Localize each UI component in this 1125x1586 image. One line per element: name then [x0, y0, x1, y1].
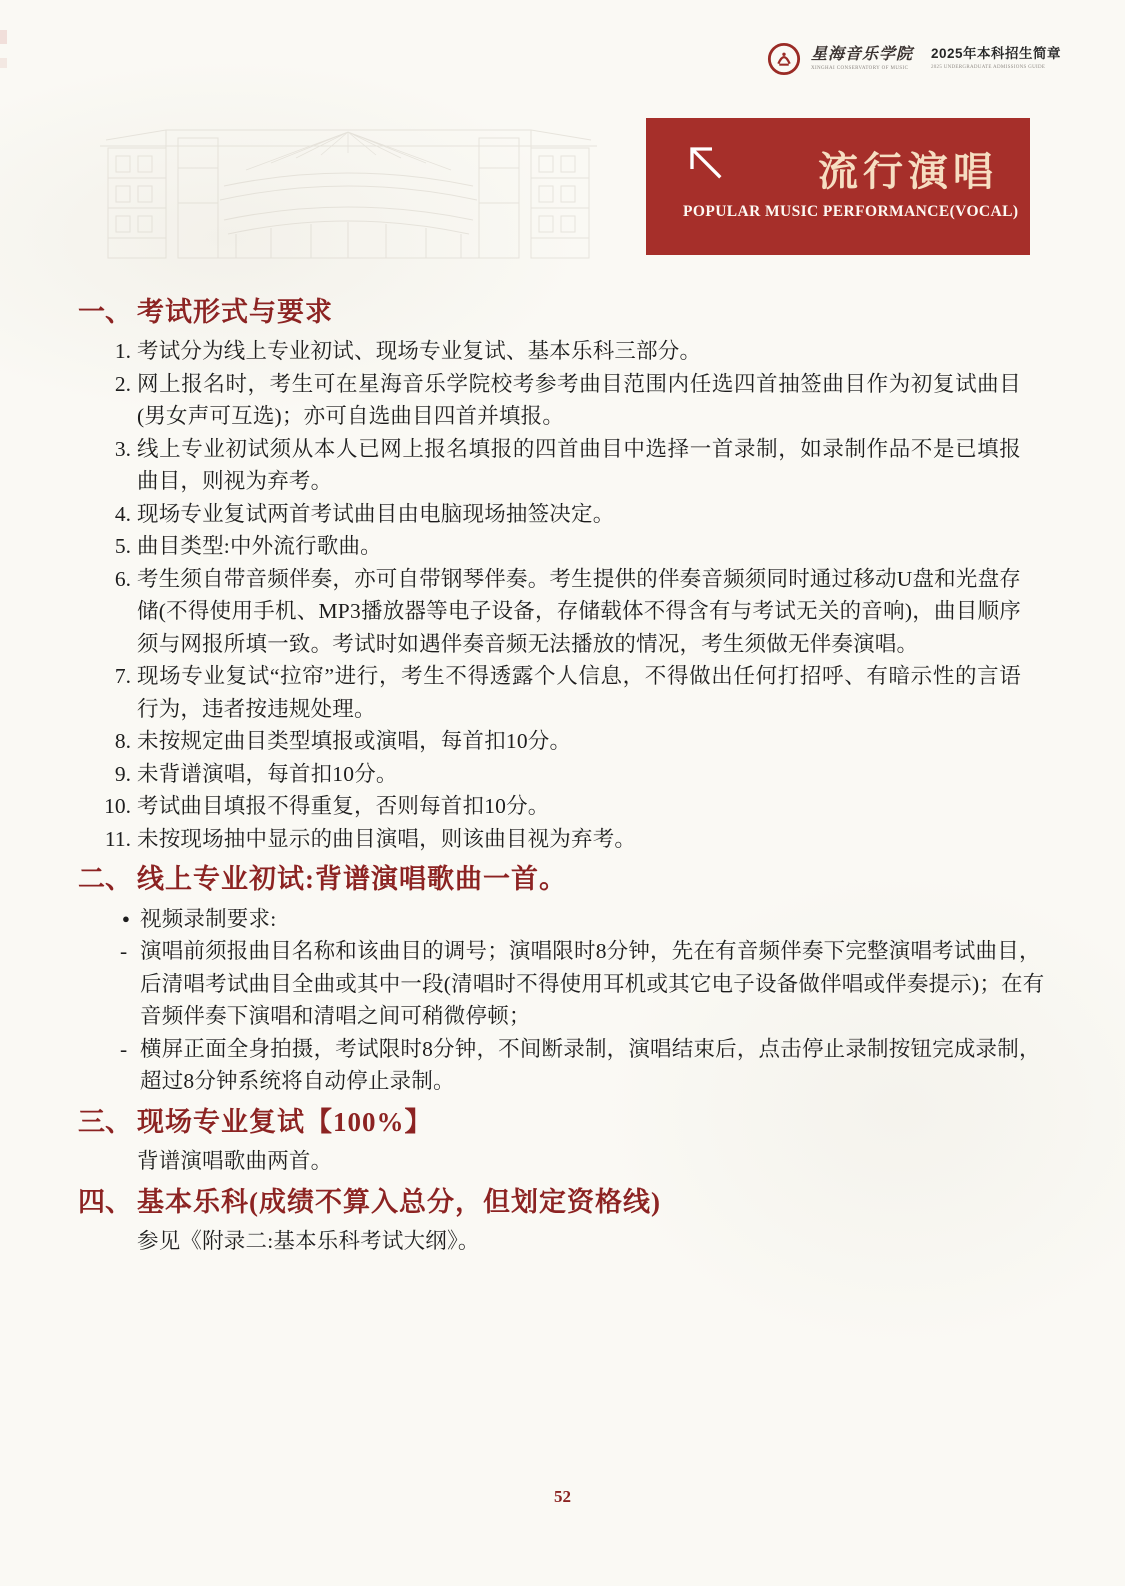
- section-index: 三、: [78, 1106, 137, 1138]
- list-item: 2. 网上报名时，考生可在星海音乐学院校考参考曲目范围内任选四首抽签曲目作为初复…: [78, 368, 1047, 433]
- section-index: 二、: [78, 863, 137, 895]
- item-number: 8.: [78, 725, 131, 758]
- arrow-up-left-icon: [682, 139, 732, 189]
- logo-english: XINGHAI CONSERVATORY OF MUSIC: [811, 66, 913, 71]
- xinghai-seal-icon: [767, 42, 801, 76]
- item-number: 9.: [78, 758, 131, 791]
- exam-requirements-list: 1. 考试分为线上专业初试、现场专业复试、基本乐科三部分。 2. 网上报名时，考…: [78, 335, 1047, 855]
- section-4-heading: 四、 基本乐科(成绩不算入总分，但划定资格线): [78, 1186, 1047, 1218]
- item-text: 未按现场抽中显示的曲目演唱，则该曲目视为弃考。: [137, 823, 636, 856]
- section-3-heading: 三、 现场专业复试【100%】: [78, 1106, 1047, 1138]
- dash-text: 横屏正面全身拍摄，考试限时8分钟，不间断录制，演唱结束后，点击停止录制按钮完成录…: [140, 1037, 1041, 1094]
- logo-text-block: 星海音乐学院 XINGHAI CONSERVATORY OF MUSIC: [811, 47, 913, 71]
- item-number: 10.: [78, 790, 131, 823]
- concert-hall-building-watermark: [96, 108, 601, 273]
- admissions-guide-page: 星海音乐学院 XINGHAI CONSERVATORY OF MUSIC 202…: [0, 0, 1125, 1586]
- item-number: 11.: [78, 823, 131, 856]
- item-text: 现场专业复试“拉帘”进行，考生不得透露个人信息，不得做出任何打招呼、有暗示性的言…: [137, 660, 1021, 725]
- bullet-dot-icon: ●: [122, 903, 130, 936]
- list-item: 10. 考试曲目填报不得重复，否则每首扣10分。: [78, 790, 1047, 823]
- page-header: 星海音乐学院 XINGHAI CONSERVATORY OF MUSIC 202…: [767, 42, 1061, 76]
- section-title: 基本乐科(成绩不算入总分，但划定资格线): [137, 1186, 661, 1218]
- list-item: 9. 未背谱演唱，每首扣10分。: [78, 758, 1047, 791]
- section-title: 线上专业初试:背谱演唱歌曲一首。: [137, 863, 567, 895]
- list-item: 5. 曲目类型:中外流行歌曲。: [78, 530, 1047, 563]
- dash-item: - 横屏正面全身拍摄，考试限时8分钟，不间断录制，演唱结束后，点击停止录制按钮完…: [78, 1033, 1047, 1098]
- section-index: 四、: [78, 1186, 137, 1218]
- section-title: 考试形式与要求: [137, 296, 333, 328]
- item-text: 考试分为线上专业初试、现场专业复试、基本乐科三部分。: [137, 335, 701, 368]
- list-item: 3. 线上专业初试须从本人已网上报名填报的四首曲目中选择一首录制，如录制作品不是…: [78, 433, 1047, 498]
- list-item: 4. 现场专业复试两首考试曲目由电脑现场抽签决定。: [78, 498, 1047, 531]
- section-2-heading: 二、 线上专业初试:背谱演唱歌曲一首。: [78, 863, 1047, 895]
- major-title-banner: 流行演唱 POPULAR MUSIC PERFORMANCE(VOCAL): [646, 118, 1030, 255]
- item-number: 4.: [78, 498, 131, 531]
- item-number: 3.: [78, 433, 131, 466]
- item-number: 7.: [78, 660, 131, 693]
- list-item: 7. 现场专业复试“拉帘”进行，考生不得透露个人信息，不得做出任何打招呼、有暗示…: [78, 660, 1047, 725]
- section-title: 现场专业复试【100%】: [137, 1106, 433, 1138]
- item-number: 2.: [78, 368, 131, 401]
- edge-registration-mark: [0, 58, 7, 68]
- dash-icon: -: [120, 935, 127, 968]
- item-text: 未背谱演唱，每首扣10分。: [137, 758, 398, 791]
- list-item: 1. 考试分为线上专业初试、现场专业复试、基本乐科三部分。: [78, 335, 1047, 368]
- video-requirements-label-row: ● 视频录制要求:: [78, 903, 1047, 936]
- item-text: 线上专业初试须从本人已网上报名填报的四首曲目中选择一首录制，如录制作品不是已填报…: [137, 433, 1021, 498]
- brochure-subtitle: 2025 UNDERGRADUATE ADMISSIONS GUIDE: [931, 65, 1061, 71]
- item-text: 曲目类型:中外流行歌曲。: [137, 530, 382, 563]
- item-number: 6.: [78, 563, 131, 596]
- brochure-title-block: 2025年本科招生简章 2025 UNDERGRADUATE ADMISSION…: [931, 47, 1061, 70]
- dash-item: - 演唱前须报曲目名称和该曲目的调号；演唱限时8分钟，先在有音频伴奏下完整演唱考…: [78, 935, 1047, 1033]
- dash-icon: -: [120, 1033, 127, 1066]
- list-item: 6. 考生须自带音频伴奏，亦可自带钢琴伴奏。考生提供的伴奏音频须同时通过移动U盘…: [78, 563, 1047, 661]
- edge-registration-mark: [0, 30, 7, 44]
- main-content: 一、 考试形式与要求 1. 考试分为线上专业初试、现场专业复试、基本乐科三部分。…: [78, 296, 1047, 1264]
- item-text: 现场专业复试两首考试曲目由电脑现场抽签决定。: [137, 498, 614, 531]
- major-title-english: POPULAR MUSIC PERFORMANCE(VOCAL): [683, 203, 1018, 221]
- item-text: 未按规定曲目类型填报或演唱，每首扣10分。: [137, 725, 571, 758]
- dash-text: 演唱前须报曲目名称和该曲目的调号；演唱限时8分钟，先在有音频伴奏下完整演唱考试曲…: [140, 939, 1044, 1028]
- section-3-body: 背谱演唱歌曲两首。: [137, 1145, 1047, 1178]
- item-number: 1.: [78, 335, 131, 368]
- item-text: 考试曲目填报不得重复，否则每首扣10分。: [137, 790, 550, 823]
- bullet-text: 视频录制要求:: [140, 907, 276, 931]
- major-title: 流行演唱: [818, 140, 998, 197]
- brochure-title: 2025年本科招生简章: [931, 47, 1061, 62]
- section-1-heading: 一、 考试形式与要求: [78, 296, 1047, 328]
- list-item: 8. 未按规定曲目类型填报或演唱，每首扣10分。: [78, 725, 1047, 758]
- item-number: 5.: [78, 530, 131, 563]
- section-index: 一、: [78, 296, 137, 328]
- item-text: 考生须自带音频伴奏，亦可自带钢琴伴奏。考生提供的伴奏音频须同时通过移动U盘和光盘…: [137, 563, 1021, 661]
- list-item: 11. 未按现场抽中显示的曲目演唱，则该曲目视为弃考。: [78, 823, 1047, 856]
- logo-chinese: 星海音乐学院: [811, 47, 913, 64]
- page-number: 52: [0, 1487, 1125, 1507]
- item-text: 网上报名时，考生可在星海音乐学院校考参考曲目范围内任选四首抽签曲目作为初复试曲目…: [137, 368, 1021, 433]
- section-4-body: 参见《附录二:基本乐科考试大纲》。: [137, 1225, 1047, 1258]
